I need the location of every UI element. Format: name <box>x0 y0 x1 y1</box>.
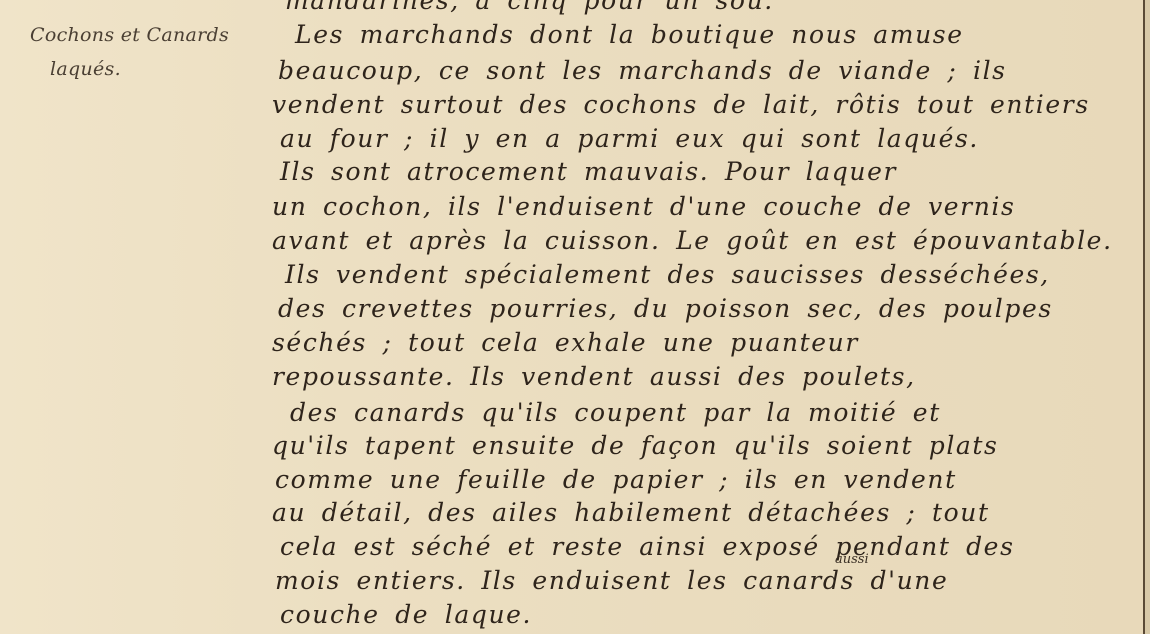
text-line-5: Ils sont atrocement mauvais. Pour laquer <box>280 159 897 184</box>
text-line-9: des crevettes pourries, du poisson sec, … <box>278 296 1053 321</box>
text-line-2: beaucoup, ce sont les marchands de viand… <box>278 58 1007 83</box>
text-line-17: mois entiers. Ils enduisent les canards … <box>275 568 948 593</box>
text-line-3: vendent surtout des cochons de lait, rôt… <box>272 92 1090 117</box>
margin-note-title: Cochons et Canards <box>30 24 229 46</box>
text-line-14: comme une feuille de papier ; ils en ven… <box>275 467 957 492</box>
text-line-15: au détail, des ailes habilement détachée… <box>272 500 990 525</box>
manuscript-page: Cochons et Canards laqués. mandarines, à… <box>0 0 1143 634</box>
text-line-0: mandarines, à cinq pour un sou. <box>285 0 774 13</box>
text-line-11: repoussante. Ils vendent aussi des poule… <box>272 364 916 389</box>
interlinear-insertion: aussi <box>835 552 869 567</box>
text-line-13: qu'ils tapent ensuite de façon qu'ils so… <box>272 433 999 458</box>
text-line-7: avant et après la cuisson. Le goût en es… <box>272 228 1113 253</box>
text-line-8: Ils vendent spécialement des saucisses d… <box>285 262 1050 287</box>
text-line-16: cela est séché et reste ainsi exposé pen… <box>280 534 1015 559</box>
text-line-6: un cochon, ils l'enduisent d'une couche … <box>272 194 1015 219</box>
text-line-10: séchés ; tout cela exhale une puanteur <box>272 330 859 355</box>
text-line-12: des canards qu'ils coupent par la moitié… <box>290 400 941 425</box>
text-line-18: couche de laque. <box>280 602 532 627</box>
text-line-1: Les marchands dont la boutique nous amus… <box>295 22 964 47</box>
adjacent-page-strip <box>1145 0 1150 634</box>
text-line-4: au four ; il y en a parmi eux qui sont l… <box>280 126 979 151</box>
margin-note-subtitle: laqués. <box>50 58 121 80</box>
